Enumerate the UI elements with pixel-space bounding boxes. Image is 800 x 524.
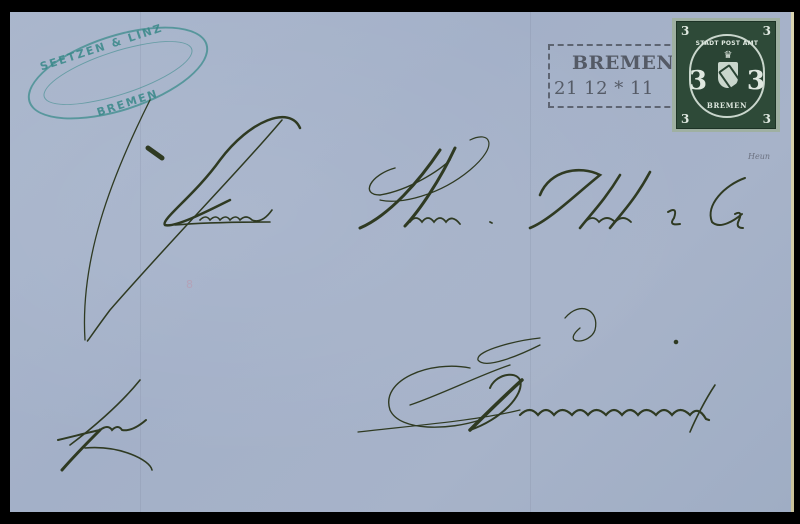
faint-red-mark: 8 bbox=[186, 278, 193, 291]
pencil-note: Heun bbox=[748, 152, 770, 161]
handwritten-address: 8 bbox=[0, 0, 800, 524]
